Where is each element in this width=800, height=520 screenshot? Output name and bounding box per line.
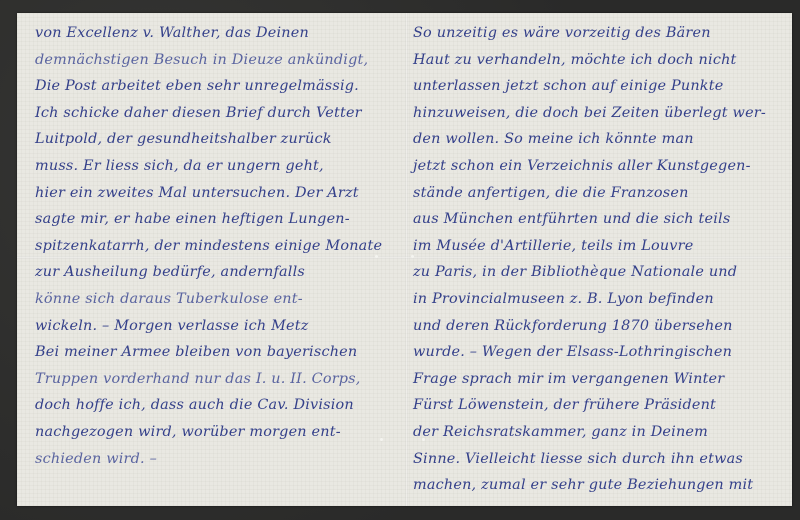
handwritten-line: doch hoffe ich, dass auch die Cav. Divis… bbox=[35, 392, 395, 419]
handwritten-line: spitzenkatarrh, der mindestens einige Mo… bbox=[35, 233, 395, 260]
handwritten-line: der Reichsratskammer, ganz in Deinem bbox=[413, 419, 773, 446]
handwritten-line: Bei meiner Armee bleiben von bayerischen bbox=[35, 339, 395, 366]
handwritten-line: hier ein zweites Mal untersuchen. Der Ar… bbox=[35, 180, 395, 207]
handwritten-line: sagte mir, er habe einen heftigen Lungen… bbox=[35, 206, 395, 233]
right-page-text: So unzeitig es wäre vorzeitig des Bären … bbox=[413, 20, 773, 499]
handwritten-line: aus München entführten und die sich teil… bbox=[413, 206, 773, 233]
handwritten-line: den wollen. So meine ich könnte man bbox=[413, 126, 773, 153]
handwritten-line: zur Ausheilung bedürfe, andernfalls bbox=[35, 259, 395, 286]
handwritten-line: nachgezogen wird, worüber morgen ent- bbox=[35, 419, 395, 446]
handwritten-line: hinzuweisen, die doch bei Zeiten überleg… bbox=[413, 100, 773, 127]
handwritten-line: wickeln. – Morgen verlasse ich Metz bbox=[35, 313, 395, 340]
handwritten-line: unterlassen jetzt schon auf einige Punkt… bbox=[413, 73, 773, 100]
handwritten-line: zu Paris, in der Bibliothèque Nationale … bbox=[413, 259, 773, 286]
handwritten-line: und deren Rückforderung 1870 übersehen bbox=[413, 313, 773, 340]
left-page-text: von Excellenz v. Walther, das Deinen dem… bbox=[35, 20, 395, 472]
handwritten-line: Sinne. Vielleicht liesse sich durch ihn … bbox=[413, 446, 773, 473]
handwritten-line: Truppen vorderhand nur das I. u. II. Cor… bbox=[35, 366, 395, 393]
handwritten-line: machen, zumal er sehr gute Beziehungen m… bbox=[413, 472, 773, 499]
handwritten-line: So unzeitig es wäre vorzeitig des Bären bbox=[413, 20, 773, 47]
handwritten-line: Die Post arbeitet eben sehr unregelmässi… bbox=[35, 73, 395, 100]
handwritten-line: muss. Er liess sich, da er ungern geht, bbox=[35, 153, 395, 180]
handwritten-line: in Provincialmuseen z. B. Lyon befinden bbox=[413, 286, 773, 313]
handwritten-line: schieden wird. – bbox=[35, 446, 395, 473]
handwritten-line: von Excellenz v. Walther, das Deinen bbox=[35, 20, 395, 47]
handwritten-line: könne sich daraus Tuberkulose ent- bbox=[35, 286, 395, 313]
handwritten-line: Haut zu verhandeln, möchte ich doch nich… bbox=[413, 47, 773, 74]
handwritten-line: Frage sprach mir im vergangenen Winter bbox=[413, 366, 773, 393]
handwritten-line: wurde. – Wegen der Elsass-Lothringischen bbox=[413, 339, 773, 366]
handwritten-line: im Musée d'Artillerie, teils im Louvre bbox=[413, 233, 773, 260]
handwritten-line: Luitpold, der gesundheitshalber zurück bbox=[35, 126, 395, 153]
handwritten-line: demnächstigen Besuch in Dieuze ankündigt… bbox=[35, 47, 395, 74]
handwritten-line: stände anfertigen, die die Franzosen bbox=[413, 180, 773, 207]
handwritten-line: Ich schicke daher diesen Brief durch Vet… bbox=[35, 100, 395, 127]
handwritten-line: Fürst Löwenstein, der frühere Präsident bbox=[413, 392, 773, 419]
handwritten-line: jetzt schon ein Verzeichnis aller Kunstg… bbox=[413, 153, 773, 180]
vertical-fold-crease bbox=[405, 13, 408, 506]
